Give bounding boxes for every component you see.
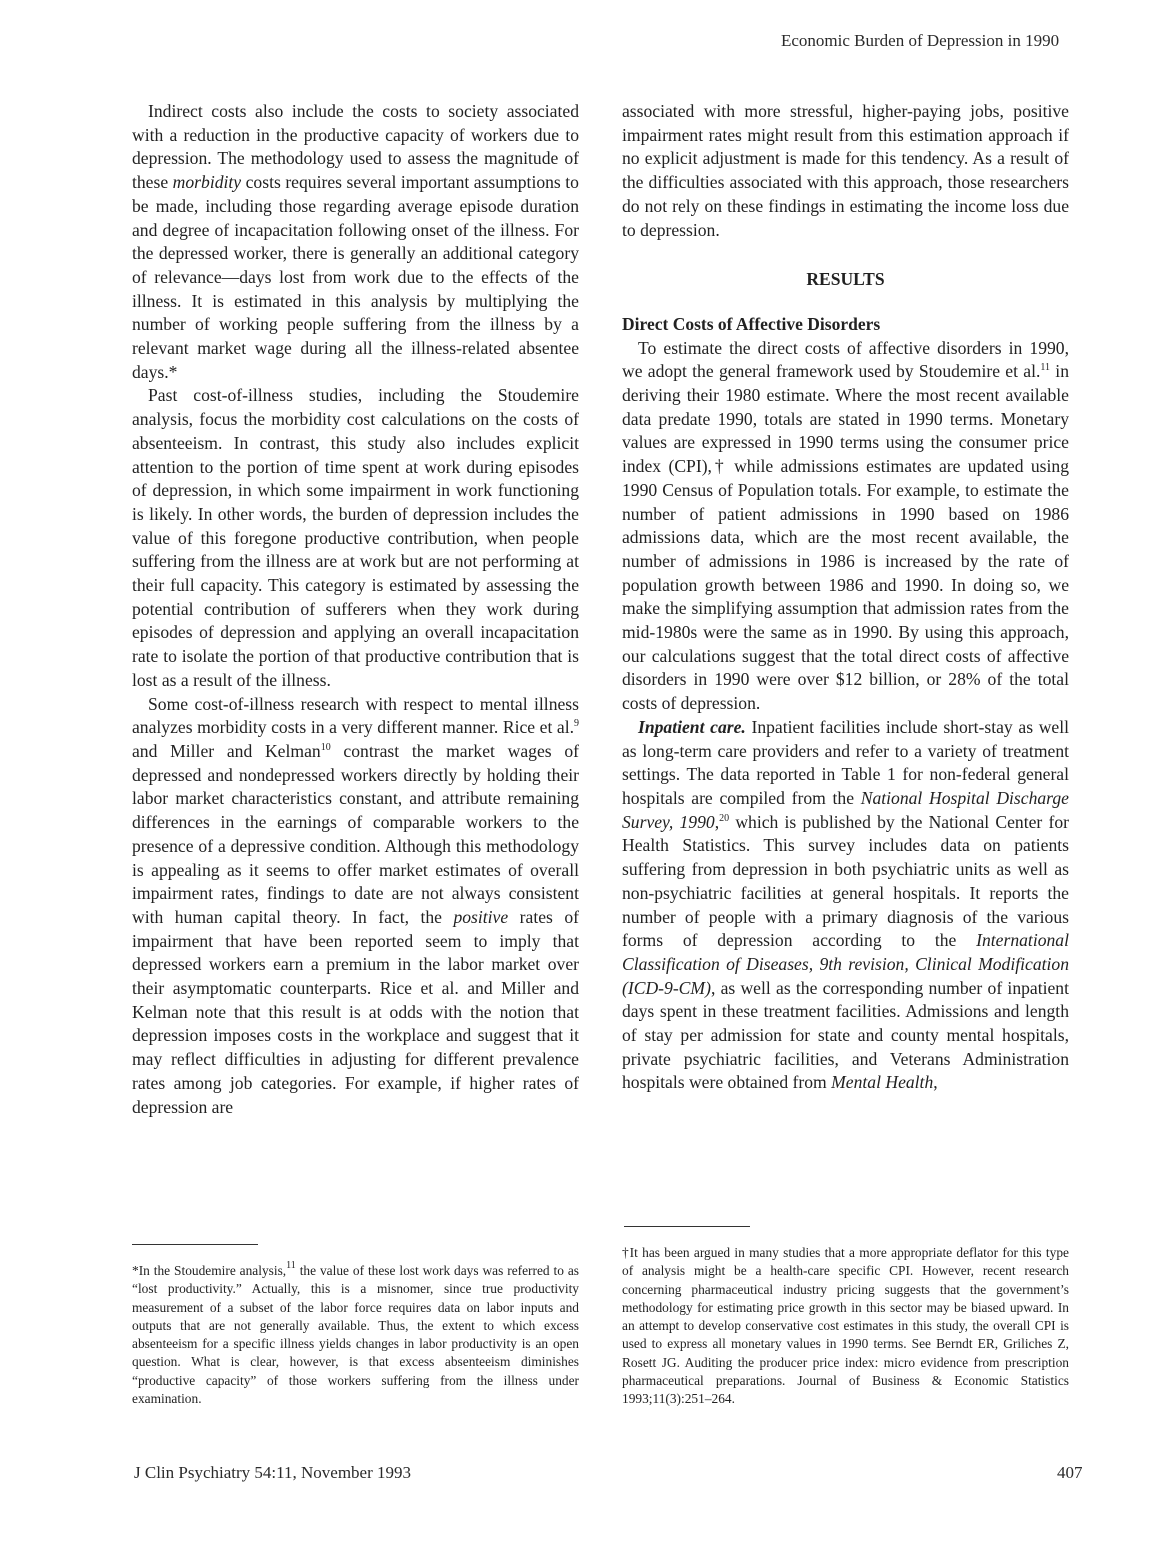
- footnote-rule-left: [132, 1244, 258, 1245]
- section-heading-results: RESULTS: [622, 268, 1069, 292]
- paragraph-inpatient-care: Inpatient care. Inpatient facilities inc…: [622, 716, 1069, 1095]
- emphasis-positive: positive: [453, 907, 508, 927]
- citation-11: 11: [1040, 362, 1050, 373]
- footnote-asterisk: *In the Stoudemire analysis,11 the value…: [132, 1262, 579, 1408]
- footnote-rule-right: [624, 1226, 750, 1227]
- citation-9: 9: [574, 718, 579, 729]
- emphasis-morbidity: morbidity: [173, 172, 241, 192]
- subheading-direct-costs: Direct Costs of Affective Disorders: [622, 313, 1069, 337]
- citation-11: 11: [286, 1260, 296, 1271]
- paragraph-continued: associated with more stressful, higher-p…: [622, 100, 1069, 242]
- runin-heading-inpatient-care: Inpatient care.: [638, 717, 746, 737]
- paragraph-morbidity-research: Some cost-of-illness research with respe…: [132, 693, 579, 1120]
- left-column: Indirect costs also include the costs to…: [132, 100, 579, 1119]
- paragraph-direct-costs: To estimate the direct costs of affectiv…: [622, 337, 1069, 716]
- page-number: 407: [1057, 1463, 1083, 1483]
- citation-10: 10: [321, 742, 331, 753]
- paragraph-indirect-costs: Indirect costs also include the costs to…: [132, 100, 579, 384]
- running-head: Economic Burden of Depression in 1990: [781, 31, 1059, 51]
- citation-20: 20: [719, 813, 729, 824]
- journal-citation: J Clin Psychiatry 54:11, November 1993: [134, 1463, 411, 1483]
- right-column: associated with more stressful, higher-p…: [622, 100, 1069, 1095]
- paragraph-past-studies: Past cost-of-illness studies, including …: [132, 384, 579, 692]
- footnote-dagger: †It has been argued in many studies that…: [622, 1244, 1069, 1409]
